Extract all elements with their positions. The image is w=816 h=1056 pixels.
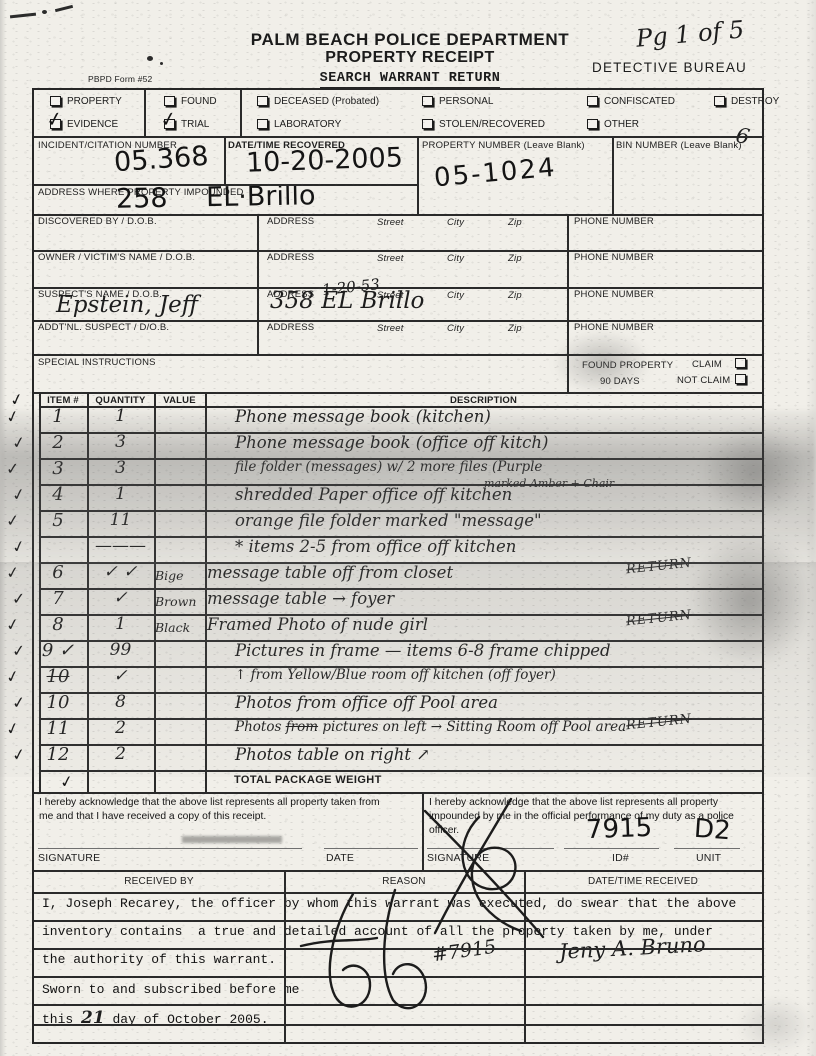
checkbox-label: TRIAL [181, 119, 209, 130]
item-description: Phone message book (office off kitch) [205, 433, 762, 452]
scan-edge-shade [806, 0, 816, 1056]
item-row: 122Photos table on right ↗ [34, 744, 762, 770]
handwritten-unit: D2 [693, 814, 732, 846]
checkbox-option: PERSONAL [422, 93, 493, 109]
rule-line [612, 136, 614, 214]
field-label: ADDT'NL. SUSPECT / D/O.B. [38, 322, 169, 333]
detective-bureau-label: DETECTIVE BUREAU [592, 60, 747, 75]
field-label: DISCOVERED BY / D.O.B. [38, 216, 157, 227]
item-row: 33file folder (messages) w/ 2 more files… [34, 458, 762, 484]
checkbox-icon [257, 119, 268, 129]
rule-line [34, 392, 762, 394]
checkbox-option: DECEASED (Probated) [257, 93, 379, 109]
item-number: 10 [34, 692, 82, 713]
item-value: Black [155, 620, 190, 635]
item-quantity: 1 [87, 484, 154, 504]
handwritten-name: Epstein, Jeff [56, 292, 198, 318]
checkbox-label: PROPERTY [67, 96, 122, 107]
rule-line [34, 354, 762, 356]
items-header-description: DESCRIPTION [205, 395, 762, 406]
checkbox-label: DECEASED (Probated) [274, 96, 379, 107]
margin-checkmark: ✓ [10, 484, 27, 505]
party-row: ADDT'NL. SUSPECT / D/O.B.ADDRESSStreetCi… [34, 320, 762, 354]
zip-label: Zip [508, 253, 522, 264]
item-value: Brown [155, 594, 196, 609]
zip-label: Zip [508, 323, 522, 334]
checkbox-icon [422, 119, 433, 129]
sworn-line: Sworn to and subscribed before me [42, 982, 299, 997]
rule-line [567, 354, 569, 392]
special-instructions-label: SPECIAL INSTRUCTIONS [38, 357, 156, 368]
item-description: Phone message book (kitchen) [205, 407, 762, 426]
margin-checkmark: ✓ [5, 510, 20, 530]
address-label: ADDRESS [267, 322, 314, 333]
field-label: OWNER / VICTIM'S NAME / D.O.B. [38, 252, 195, 263]
margin-checkmark: ✓ [8, 389, 25, 410]
total-package-weight-label: TOTAL PACKAGE WEIGHT [234, 774, 382, 786]
item-row: 7✓Brownmessage table → foyer [34, 588, 762, 614]
item-description: Photos table on right ↗ [205, 745, 762, 764]
item-description: ↑ from Yellow/Blue room off kitchen (off… [205, 667, 762, 683]
item-row: 108Photos from office off Pool area [34, 692, 762, 718]
desc-part: Photos [235, 719, 286, 735]
item-description: * items 2-5 from office off kitchen [205, 537, 762, 556]
city-label: City [447, 290, 464, 301]
pen-mark [147, 56, 153, 61]
signature-reason [293, 888, 503, 1013]
receipt-title: PROPERTY RECEIPT [170, 49, 650, 67]
checkbox-option: STOLEN/RECOVERED [422, 116, 545, 132]
margin-checkmark: ✓ [12, 589, 26, 609]
margin-checkmark: ✓ [5, 459, 20, 479]
claim-label: CLAIM [692, 359, 722, 370]
found-property-label: FOUND PROPERTY [582, 360, 673, 371]
item-number: 12 [34, 744, 82, 765]
city-label: City [447, 217, 464, 228]
checkbox-label: PERSONAL [439, 96, 493, 107]
total-row-checkmark: ✓ [58, 771, 75, 792]
department-title: PALM BEACH POLICE DEPARTMENT [170, 30, 650, 50]
acknowledgment-left-text: I hereby acknowledge that the above list… [39, 796, 384, 824]
signature-line [564, 848, 659, 849]
not-claim-checkbox-icon [735, 374, 746, 384]
item-number: 8 [34, 614, 82, 635]
not-claim-label: NOT CLAIM [677, 375, 730, 386]
address-label: ADDRESS [267, 252, 314, 263]
checkbox-option: EVIDENCE✓ [50, 116, 118, 132]
handwritten-page-number: Pg 1 of 5 [635, 15, 745, 52]
item-quantity: 2 [87, 744, 154, 764]
handwritten-date-recovered: 10-20-2005 [246, 142, 404, 178]
scanned-property-receipt: PALM BEACH POLICE DEPARTMENT PROPERTY RE… [0, 0, 816, 1056]
street-label: Street [377, 217, 404, 228]
checkbox-icon [257, 96, 268, 106]
rule-line [39, 770, 762, 772]
handwritten-incident-number: 05.368 [113, 141, 209, 179]
item-quantity: 99 [87, 640, 154, 660]
city-label: City [447, 323, 464, 334]
date-label: DATE [326, 852, 354, 864]
items-header-item: ITEM # [39, 395, 87, 406]
checkbox-icon [587, 96, 598, 106]
item-quantity: ✓ ✓ [87, 562, 154, 582]
item-row: 9 ✓99Pictures in frame — items 6-8 frame… [34, 640, 762, 666]
margin-checkmark: ✓ [5, 562, 21, 583]
item-number: 10 [34, 666, 82, 687]
item-row: 11Phone message book (kitchen) [34, 406, 762, 432]
rule-line [224, 136, 226, 184]
item-quantity: 8 [87, 692, 154, 712]
items-header-quantity: QUANTITY [87, 395, 154, 406]
item-row: ———* items 2-5 from office off kitchen [34, 536, 762, 562]
address-label: ADDRESS [267, 216, 314, 227]
item-row: 10✓↑ from Yellow/Blue room off kitchen (… [34, 666, 762, 692]
item-description: Pictures in frame — items 6-8 frame chip… [205, 641, 762, 660]
phone-label: PHONE NUMBER [574, 216, 654, 227]
pen-mark [160, 62, 163, 65]
signature-line [324, 848, 418, 849]
handwritten-property-number: 05-1024 [433, 153, 558, 194]
checkbox-label: LABORATORY [274, 119, 341, 130]
items-header-value: VALUE [154, 395, 205, 406]
margin-checkmark: ✓ [11, 692, 27, 712]
bin-number-label: BIN NUMBER (Leave Blank) [616, 140, 742, 151]
party-row: SUSPECT'S NAME / D.O.B.ADDRESSStreetCity… [34, 287, 762, 320]
rule-line [284, 870, 286, 1042]
item-value: Bige [155, 568, 184, 583]
checkbox-label: CONFISCATED [604, 96, 675, 107]
checkbox-label: EVIDENCE [67, 119, 118, 130]
item-quantity: 3 [87, 432, 154, 452]
phone-label: PHONE NUMBER [574, 289, 654, 300]
checkbox-option: CONFISCATED [587, 93, 675, 109]
checkbox-option: OTHER [587, 116, 639, 132]
item-quantity: 11 [87, 510, 154, 530]
item-number: 2 [34, 432, 82, 453]
city-label: City [447, 253, 464, 264]
rule-line [34, 1024, 762, 1026]
checkbox-icon [422, 96, 433, 106]
item-row: 41shredded Paper office off kitchenmarke… [34, 484, 762, 510]
checkbox-option: DESTROY [714, 93, 779, 109]
checkbox-label: FOUND [181, 96, 217, 107]
rule-line [144, 90, 146, 136]
checkmark: ✓ [158, 106, 179, 133]
party-row: DISCOVERED BY / D.O.B.ADDRESSStreetCityZ… [34, 214, 762, 250]
item-quantity: 1 [87, 614, 154, 634]
margin-checkmark: ✓ [4, 614, 21, 635]
scan-edge-shade [0, 0, 6, 1056]
margin-checkmark: ✓ [10, 536, 27, 558]
rule-line [34, 136, 762, 138]
received-by-header: RECEIVED BY [34, 876, 284, 887]
rule-line [417, 136, 419, 214]
statement-line-3: the authority of this warrant. [42, 952, 276, 967]
item-row: 23Phone message book (office off kitch) [34, 432, 762, 458]
zip-label: Zip [508, 290, 522, 301]
signature-label-left: SIGNATURE [38, 852, 100, 864]
signature-line [674, 848, 740, 849]
desc-part: pictures on left → Sitting Room off Pool… [318, 719, 626, 735]
item-row: 6✓ ✓Bigemessage table off from closetRET… [34, 562, 762, 588]
pen-mark [10, 13, 36, 19]
unit-label: UNIT [696, 852, 721, 864]
item-quantity: 1 [87, 406, 154, 426]
item-row: 81BlackFramed Photo of nude girlRETURN [34, 614, 762, 640]
checkbox-label: STOLEN/RECOVERED [439, 119, 545, 130]
rule-line [34, 792, 762, 794]
margin-checkmark: ✓ [4, 666, 21, 687]
zip-label: Zip [508, 217, 522, 228]
item-number: 11 [34, 718, 82, 739]
checkbox-option: LABORATORY [257, 116, 341, 132]
checkbox-icon [587, 119, 598, 129]
signature-line [38, 848, 302, 849]
item-number: 7 [34, 588, 82, 609]
item-number: 1 [34, 406, 82, 427]
warrant-subtitle: SEARCH WARRANT RETURN [170, 68, 650, 86]
margin-checkmark: ✓ [11, 640, 26, 660]
item-quantity: ✓ [87, 666, 154, 686]
handwritten-officer-id: 7915 [585, 813, 652, 845]
item-number: 5 [34, 510, 82, 531]
checkbox-label: DESTROY [731, 96, 779, 107]
item-number: 6 [34, 562, 82, 583]
item-number: 9 ✓ [34, 640, 82, 661]
rule-line [34, 870, 762, 872]
item-number: 4 [34, 484, 82, 505]
item-quantity: ✓ [87, 588, 154, 608]
item-description: file folder (messages) w/ 2 more files (… [205, 459, 762, 475]
form-number: PBPD Form #52 [88, 74, 152, 84]
rule-line [240, 90, 242, 136]
phone-label: PHONE NUMBER [574, 322, 654, 333]
item-row: 511orange file folder marked "message" [34, 510, 762, 536]
party-row: OWNER / VICTIM'S NAME / D.O.B.ADDRESSStr… [34, 250, 762, 287]
id-label: ID# [612, 852, 629, 864]
checkbox-icon [714, 96, 725, 106]
item-description: orange file folder marked "message" [205, 511, 762, 530]
rule-line [34, 184, 417, 186]
handwritten-address: 358 EL Brillo [270, 288, 424, 314]
desc-struck-part: from [286, 719, 318, 735]
margin-checkmark: ✓ [11, 432, 27, 453]
item-row: 112Photos from pictures on left → Sittin… [34, 718, 762, 744]
item-description: Photos from office off Pool area [205, 693, 762, 712]
checkmark: ✓ [44, 106, 65, 133]
item-description: message table → foyer [205, 589, 762, 608]
phone-label: PHONE NUMBER [574, 252, 654, 263]
item-quantity: 2 [87, 718, 154, 738]
claim-checkbox-icon [735, 358, 746, 368]
checkbox-option: TRIAL✓ [164, 116, 209, 132]
interline-note: marked Amber + Chair [484, 477, 614, 490]
street-label: Street [377, 323, 404, 334]
item-quantity: ——— [87, 536, 154, 556]
item-number: 3 [34, 458, 82, 479]
checkbox-icon [50, 96, 61, 106]
street-label: Street [377, 253, 404, 264]
pen-mark [55, 5, 73, 12]
checkbox-label: OTHER [604, 119, 639, 130]
margin-checkmark: ✓ [4, 718, 22, 740]
pen-mark [42, 10, 47, 14]
checkbox-icon [164, 96, 175, 106]
ninety-days-label: 90 DAYS [600, 376, 640, 387]
item-quantity: 3 [87, 458, 154, 478]
margin-checkmark: ✓ [11, 744, 27, 765]
property-number-label: PROPERTY NUMBER (Leave Blank) [422, 140, 585, 151]
